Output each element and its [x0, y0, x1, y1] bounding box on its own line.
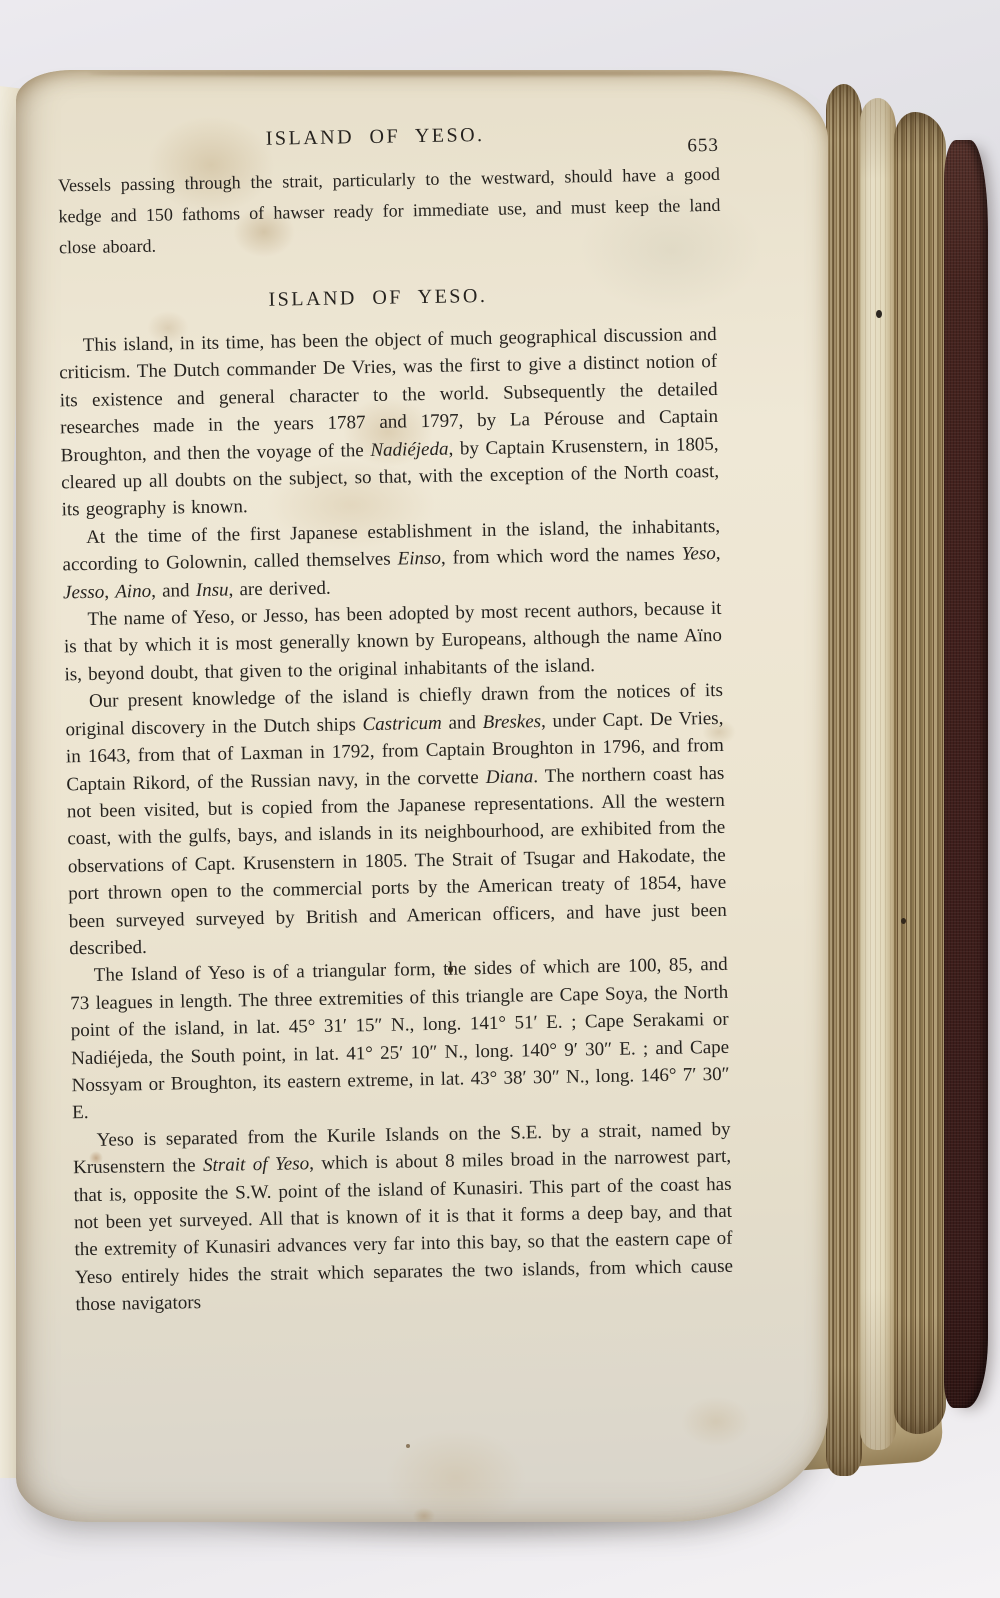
- ink-spot: [406, 1444, 410, 1448]
- ink-spot: [876, 310, 882, 318]
- body-text: This island, in its time, has been the o…: [59, 321, 734, 1319]
- body-paragraph: Yeso is separated from the Kurile Island…: [72, 1116, 733, 1319]
- body-paragraph: This island, in its time, has been the o…: [59, 321, 720, 524]
- ink-spot: [901, 918, 906, 924]
- book-cover: [944, 140, 988, 1408]
- body-paragraph: The name of Yeso, or Jesso, has been ado…: [63, 595, 722, 689]
- intro-paragraph: Vessels passing through the strait, part…: [58, 159, 722, 264]
- ink-spot: [448, 966, 453, 973]
- running-header: ISLAND OF YESO.: [43, 118, 707, 156]
- book-page: ISLAND OF YESO. 653 Vessels passing thro…: [16, 70, 828, 1522]
- body-paragraph: The Island of Yeso is of a triangular fo…: [70, 951, 731, 1127]
- fore-edge-band-inner: [826, 84, 862, 1476]
- body-paragraph: At the time of the first Japanese establ…: [62, 513, 721, 607]
- body-paragraph: Our present knowledge of the island is c…: [65, 677, 728, 963]
- fore-edge-protruding-page: [860, 98, 896, 1450]
- section-heading: ISLAND OF YESO.: [46, 279, 710, 317]
- photo-backdrop: ISLAND OF YESO. 653 Vessels passing thro…: [0, 0, 1000, 1598]
- page-number: 653: [687, 135, 719, 158]
- fore-edge-band-outer: [894, 112, 946, 1434]
- page-content: ISLAND OF YESO. 653 Vessels passing thro…: [16, 70, 741, 1522]
